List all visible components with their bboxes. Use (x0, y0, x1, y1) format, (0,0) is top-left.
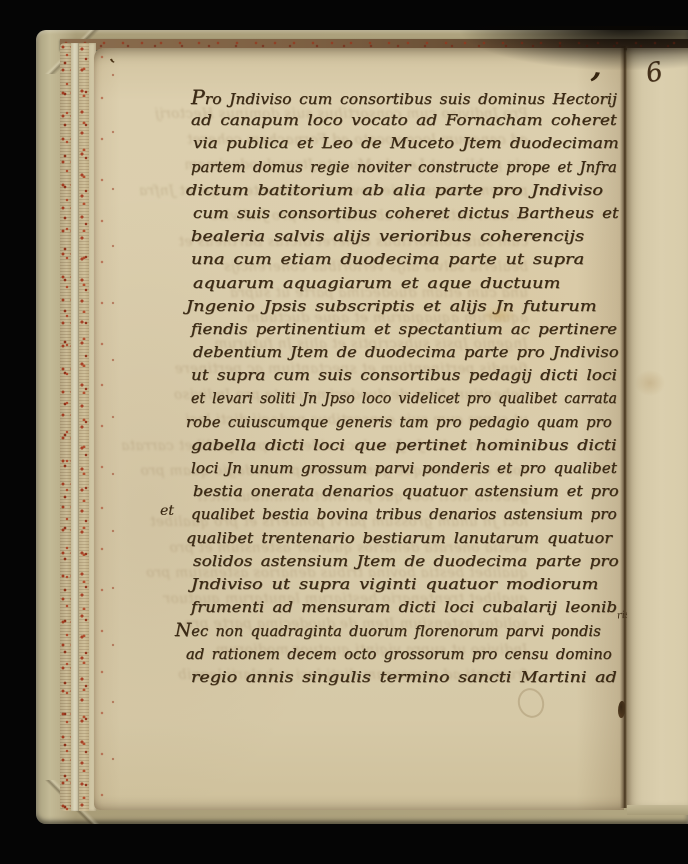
manuscript-line: una cum etiam duodecima parte ut supra (191, 248, 624, 271)
manuscript-line: debentium Jtem de duodecima parte pro Jn… (193, 341, 624, 364)
facing-page-stain (635, 370, 665, 396)
manuscript-line: fiendis pertinentium et spectantium ac p… (191, 318, 624, 341)
top-right-shadow (460, 26, 688, 70)
manuscript-line: bestia onerata denarios quatuor astensiu… (193, 480, 624, 503)
fore-edge-band (60, 43, 71, 811)
manuscript-line: aquarum aquagiarum et aque ductuum (193, 272, 624, 295)
manuscript-line: via publica et Leo de Muceto Jtem duodec… (193, 132, 624, 155)
manuscript-line: bealeria salvis alijs verioribus coheren… (191, 225, 624, 248)
manuscript-line: partem domus regie noviter constructe pr… (191, 156, 624, 179)
manuscript-line: loci Jn unum grossum parvi ponderis et p… (191, 457, 624, 480)
manuscript-line: dictum batitorium ab alia parte pro Jndi… (186, 179, 624, 202)
manuscript-line: Jngenio Jpsis subscriptis et alijs Jn fu… (186, 295, 624, 318)
ring-stain (514, 685, 548, 722)
red-sprinkled-fore-edges (60, 43, 96, 811)
manuscript-line: robe cuiuscumque generis tam pro pedagio… (186, 411, 624, 434)
edge-speckle-transfer (94, 48, 124, 810)
manuscript-line: frumenti ad mensuram dicti loci cubalari… (191, 596, 624, 619)
manuscript-line: et levari soliti Jn Jpso loco videlicet … (191, 387, 624, 410)
photo-background: { "facing_page": { "folio_number": "6" }… (0, 0, 688, 864)
manuscript-line: cum suis consortibus coheret dictus Bart… (193, 202, 624, 225)
manuscript-page: Pro Jndiviso cum consortibus suis dominu… (94, 48, 624, 810)
fore-edge-band (79, 43, 89, 811)
manuscript-line: qualibet trentenario bestiarum lanutarum… (186, 527, 624, 550)
facing-page: 6 (627, 48, 688, 805)
manuscript-line: regio annis singulis termino sancti Mart… (191, 666, 624, 689)
manuscript-line: et qualibet bestia bovina tribus denario… (191, 503, 624, 526)
margin-insertion-word: et (160, 503, 174, 519)
yellow-stain (482, 306, 516, 324)
manuscript-line: Jndiviso ut supra viginti quatuor modior… (191, 573, 624, 596)
manuscript-line: gabella dicti loci que pertinet hominibu… (191, 434, 624, 457)
manuscript-book: Pro Jndiviso cum consortibus suis dominu… (36, 30, 688, 824)
manuscript-line: Nec non quadraginta duorum florenorum pa… (175, 619, 624, 642)
facing-page-bottom-edge (627, 805, 688, 815)
fore-edge-ridge (71, 43, 79, 811)
manuscript-line: ut supra cum suis consortibus pedagij di… (191, 364, 624, 387)
manuscript-text-block: Pro Jndiviso cum consortibus suis dominu… (191, 86, 624, 689)
manuscript-line: ad canapum loco vocato ad Fornacham cohe… (191, 109, 624, 132)
manuscript-line: ad rationem decem octo grossorum pro cen… (186, 643, 624, 666)
manuscript-line: solidos astensium Jtem de duodecima part… (193, 550, 624, 573)
manuscript-line: Pro Jndiviso cum consortibus suis dominu… (191, 86, 624, 109)
